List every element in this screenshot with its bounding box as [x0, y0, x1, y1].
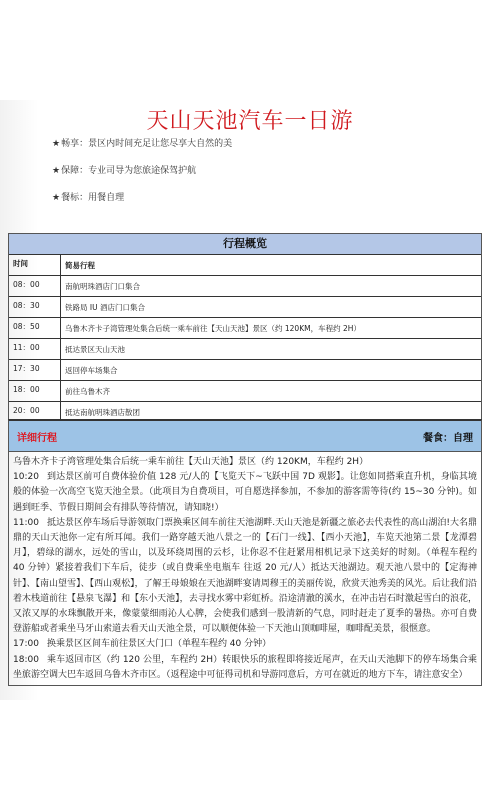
paragraph-time: 18:00 [13, 655, 39, 665]
detail-paragraph: 10:20到达景区前可自费体验价值 128 元/人的【飞览天下~飞跃中国 7D … [13, 470, 477, 516]
overview-header-row: 时间 简易行程 [9, 255, 481, 276]
detail-header: 详细行程 餐食：自理 [9, 421, 481, 452]
row-desc: 南航明珠酒店门口集合 [61, 276, 481, 296]
row-desc: 前往乌鲁木齐 [61, 381, 481, 401]
star-icon: ★ [52, 139, 60, 149]
highlight-text: 用餐自理 [88, 193, 124, 203]
table-row: 08：50 乌鲁木齐卡子湾管理处集合后统一乘车前往【天山天池】景区（约 120K… [9, 318, 481, 339]
itinerary-document: 天山天池汽车一日游 ★畅享：景区内时间充足让您尽享大自然的美 ★保障：专业司导为… [0, 0, 500, 800]
star-icon: ★ [52, 193, 60, 203]
paragraph-text: 换乘景区区间车前往景区大门口（单程车程约 40 分钟） [47, 639, 271, 649]
column-header-time: 时间 [9, 255, 61, 275]
row-time: 11：00 [9, 339, 61, 359]
detail-paragraph: 乌鲁木齐卡子湾管理处集合后统一乘车前往【天山天池】景区（约 120KM，车程约 … [13, 455, 477, 470]
table-row: 11：00 抵达景区天山天池 [9, 339, 481, 360]
highlight-text: 专业司导为您旅途保驾护航 [88, 166, 196, 176]
highlight-label: 畅享： [61, 139, 88, 149]
paragraph-text: 抵达景区停车场后导游领取门票换乘区间车前往天池湖畔.天山天池是新疆之旅必去代表性… [13, 518, 477, 634]
overview-table: 行程概览 时间 简易行程 08：00 南航明珠酒店门口集合 08：30 铁路局 … [8, 233, 482, 423]
highlight-item: ★畅享：景区内时间充足让您尽享大自然的美 [52, 137, 232, 164]
highlight-label: 保障： [61, 166, 88, 176]
paragraph-text: 到达景区前可自费体验价值 128 元/人的【飞览天下~飞跃中国 7D 观影】。让… [13, 472, 477, 512]
paragraph-time: 17:00 [13, 639, 39, 649]
table-row: 17：30 返回停车场集合 [9, 360, 481, 381]
detail-section: 详细行程 餐食：自理 乌鲁木齐卡子湾管理处集合后统一乘车前往【天山天池】景区（约… [8, 419, 482, 686]
detail-paragraph: 18:00乘车返回市区（约 120 公里，车程约 2H）转眼快乐的旅程即将接近尾… [13, 653, 477, 683]
paragraph-text: 乌鲁木齐卡子湾管理处集合后统一乘车前往【天山天池】景区（约 120KM，车程约 … [13, 457, 368, 467]
paragraph-text: 乘车返回市区（约 120 公里，车程约 2H）转眼快乐的旅程即将接近尾声，在天山… [13, 655, 477, 680]
highlight-item: ★餐标：用餐自理 [52, 191, 232, 218]
detail-heading: 详细行程 [17, 429, 57, 444]
table-row: 08：00 南航明珠酒店门口集合 [9, 276, 481, 297]
overview-heading: 行程概览 [9, 234, 481, 255]
highlight-item: ★保障：专业司导为您旅途保驾护航 [52, 164, 232, 191]
meal-info: 餐食：自理 [423, 429, 473, 444]
row-desc: 铁路局 IU 酒店门口集合 [61, 297, 481, 317]
row-time: 08：00 [9, 276, 61, 296]
row-time: 17：30 [9, 360, 61, 380]
row-desc: 抵达景区天山天池 [61, 339, 481, 359]
highlights-list: ★畅享：景区内时间充足让您尽享大自然的美 ★保障：专业司导为您旅途保驾护航 ★餐… [52, 137, 232, 218]
paragraph-time: 10:20 [13, 472, 39, 482]
page-title: 天山天池汽车一日游 [0, 104, 500, 135]
row-time: 08：30 [9, 297, 61, 317]
detail-paragraph: 17:00换乘景区区间车前往景区大门口（单程车程约 40 分钟） [13, 637, 477, 652]
row-desc: 返回停车场集合 [61, 360, 481, 380]
highlight-label: 餐标： [61, 193, 88, 203]
row-time: 18：00 [9, 381, 61, 401]
row-time: 08：50 [9, 318, 61, 338]
row-desc: 乌鲁木齐卡子湾管理处集合后统一乘车前往【天山天池】景区（约 120KM，车程约 … [61, 318, 481, 338]
detail-body: 乌鲁木齐卡子湾管理处集合后统一乘车前往【天山天池】景区（约 120KM，车程约 … [9, 452, 481, 685]
detail-paragraph: 11:00抵达景区停车场后导游领取门票换乘区间车前往天池湖畔.天山天池是新疆之旅… [13, 516, 477, 638]
paragraph-time: 11:00 [13, 518, 39, 528]
table-row: 18：00 前往乌鲁木齐 [9, 381, 481, 402]
star-icon: ★ [52, 166, 60, 176]
column-header-desc: 简易行程 [61, 255, 481, 275]
table-row: 08：30 铁路局 IU 酒店门口集合 [9, 297, 481, 318]
highlight-text: 景区内时间充足让您尽享大自然的美 [88, 139, 232, 149]
